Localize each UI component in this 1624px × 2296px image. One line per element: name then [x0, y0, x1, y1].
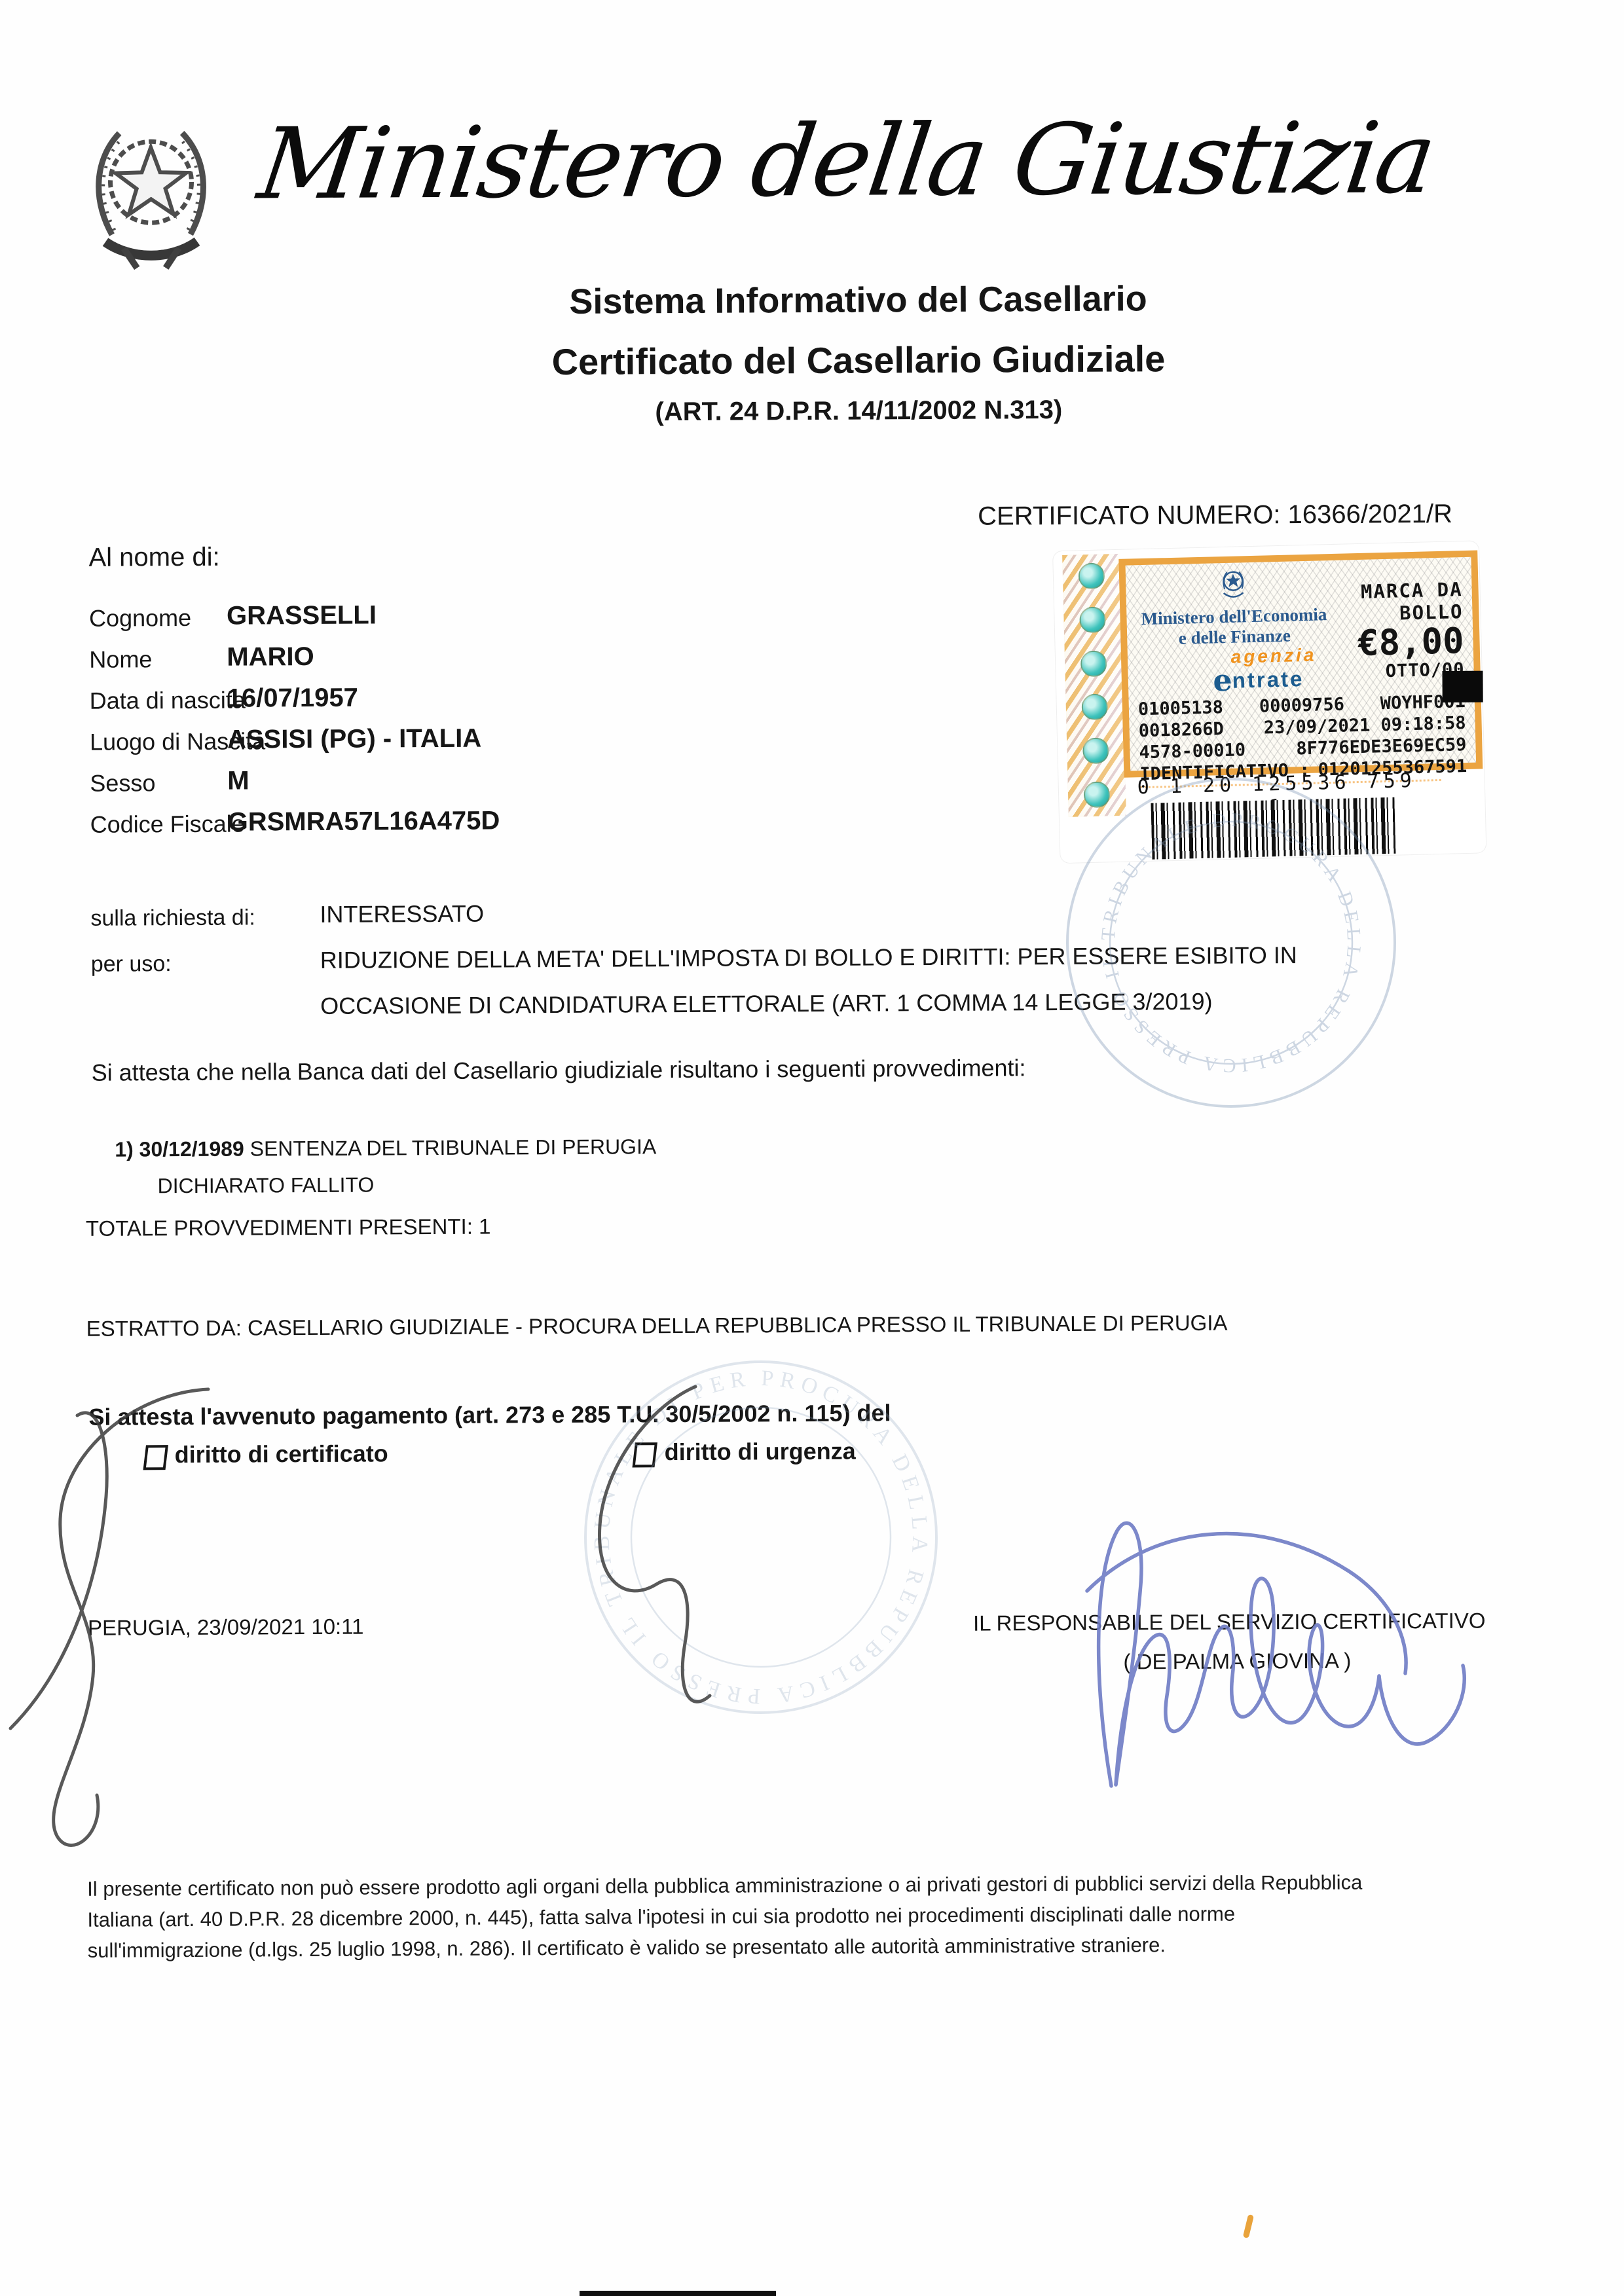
field-label-sesso: Sesso — [90, 769, 155, 797]
checkbox-label-urgenza: diritto di urgenza — [665, 1438, 856, 1467]
rosette-icon — [1079, 606, 1106, 633]
provvedimento-line: 1) 30/12/1989 SENTENZA DEL TRIBUNALE DI … — [115, 1135, 656, 1161]
field-label-codice-fiscale: Codice Fiscale — [90, 811, 245, 839]
provvedimento-index: 1) — [115, 1137, 134, 1161]
uso-value-line2: OCCASIONE DI CANDIDATURA ELETTORALE (ART… — [320, 988, 1213, 1020]
italy-emblem-icon — [85, 113, 217, 278]
rosette-icon — [1081, 694, 1108, 721]
entrate-word: ntrate — [1232, 666, 1304, 693]
stamp-type-label: MARCA DA BOLLO — [1331, 578, 1464, 626]
uso-label: per uso: — [91, 951, 172, 977]
checkbox-label-certificato: diritto di certificato — [175, 1440, 388, 1468]
footer-line3: sull'immigrazione (d.lgs. 25 luglio 1998… — [88, 1933, 1166, 1963]
footer-line1: Il presente certificato non può essere p… — [87, 1871, 1362, 1901]
entrate-e-glyph: e — [1213, 672, 1232, 689]
stamp-guilloche-band — [1062, 554, 1126, 817]
place-date: PERUGIA, 23/09/2021 10:11 — [88, 1614, 364, 1641]
richiesta-value: INTERESSATO — [320, 900, 484, 928]
certificate-number: CERTIFICATO NUMERO: 16366/2021/R — [978, 500, 1452, 532]
field-value-codice-fiscale: GRSMRA57L16A475D — [228, 806, 500, 837]
field-value-nome: MARIO — [227, 642, 314, 672]
estratto-line: ESTRATTO DA: CASELLARIO GIUDIZIALE - PRO… — [86, 1311, 1228, 1341]
checkbox-diritto-certificato — [143, 1445, 168, 1470]
person-section-label: Al nome di: — [88, 543, 219, 573]
rosette-icon — [1078, 563, 1105, 590]
field-label-nome: Nome — [89, 646, 152, 674]
provvedimento-text: SENTENZA DEL TRIBUNALE DI PERUGIA — [250, 1135, 657, 1160]
checkbox-diritto-urgenza — [632, 1442, 657, 1467]
stamp-code: 4578-00010 — [1139, 739, 1246, 763]
provvedimento-detail: DICHIARATO FALLITO — [157, 1173, 374, 1199]
totale-provvedimenti: TOTALE PROVVEDIMENTI PRESENTI: 1 — [86, 1214, 491, 1241]
provvedimento-date: 30/12/1989 — [139, 1137, 244, 1161]
stamp-code: 00009756 — [1259, 694, 1344, 718]
field-value-luogo-nascita: ASSISI (PG) - ITALIA — [227, 724, 481, 755]
certificate-subtitle: Certificato del Casellario Giudiziale — [46, 335, 1624, 386]
stamp-code: 0018266D — [1138, 718, 1224, 742]
richiesta-label: sulla richiesta di: — [90, 905, 255, 931]
rosette-icon — [1080, 650, 1107, 677]
rosette-icon — [1084, 781, 1111, 808]
agenzia-word: agenzia — [1230, 645, 1316, 667]
scan-artifact-bar — [580, 2291, 776, 2296]
mini-emblem-icon — [1218, 566, 1249, 604]
scan-artifact-orange — [1243, 2214, 1254, 2238]
agenzia-entrate-logo: agenzia entrate — [1183, 646, 1335, 695]
field-value-sesso: M — [227, 766, 249, 795]
page-title: Ministero della Giustizia — [223, 101, 1470, 222]
certificate-page: Ministero della Giustizia Sistema Inform… — [0, 0, 1624, 2296]
uso-value-line1: RIDUZIONE DELLA META' DELL'IMPOSTA DI BO… — [320, 941, 1297, 974]
rosette-icon — [1082, 737, 1109, 764]
revenue-stamp: Ministero dell'Economia e delle Finanze … — [1053, 541, 1486, 863]
field-label-data-nascita: Data di nascita — [90, 687, 246, 715]
article-reference: (ART. 24 D.P.R. 14/11/2002 N.313) — [46, 392, 1624, 430]
attestation-intro: Si attesta che nella Banca dati del Case… — [92, 1054, 1026, 1086]
redaction-box — [1442, 671, 1483, 702]
stamp-amount: €8,00 — [1333, 623, 1464, 663]
stamp-body: Ministero dell'Economia e delle Finanze … — [1118, 551, 1483, 778]
payment-intro: Si attesta l'avvenuto pagamento (art. 27… — [88, 1399, 891, 1430]
scanned-document: Ministero della Giustizia Sistema Inform… — [0, 0, 1624, 2296]
system-subtitle: Sistema Informativo del Casellario — [46, 276, 1624, 325]
footer-line2: Italiana (art. 40 D.P.R. 28 dicembre 200… — [87, 1903, 1235, 1932]
barcode — [1151, 797, 1395, 860]
stamp-code: 01005138 — [1138, 697, 1224, 720]
responsabile-role: IL RESPONSABILE DEL SERVIZIO CERTIFICATI… — [973, 1609, 1486, 1636]
field-value-data-nascita: 16/07/1957 — [227, 683, 358, 714]
field-value-cognome: GRASSELLI — [227, 600, 377, 630]
field-label-cognome: Cognome — [89, 604, 191, 632]
responsabile-name: ( DE PALMA GIOVINA ) — [973, 1648, 1501, 1675]
